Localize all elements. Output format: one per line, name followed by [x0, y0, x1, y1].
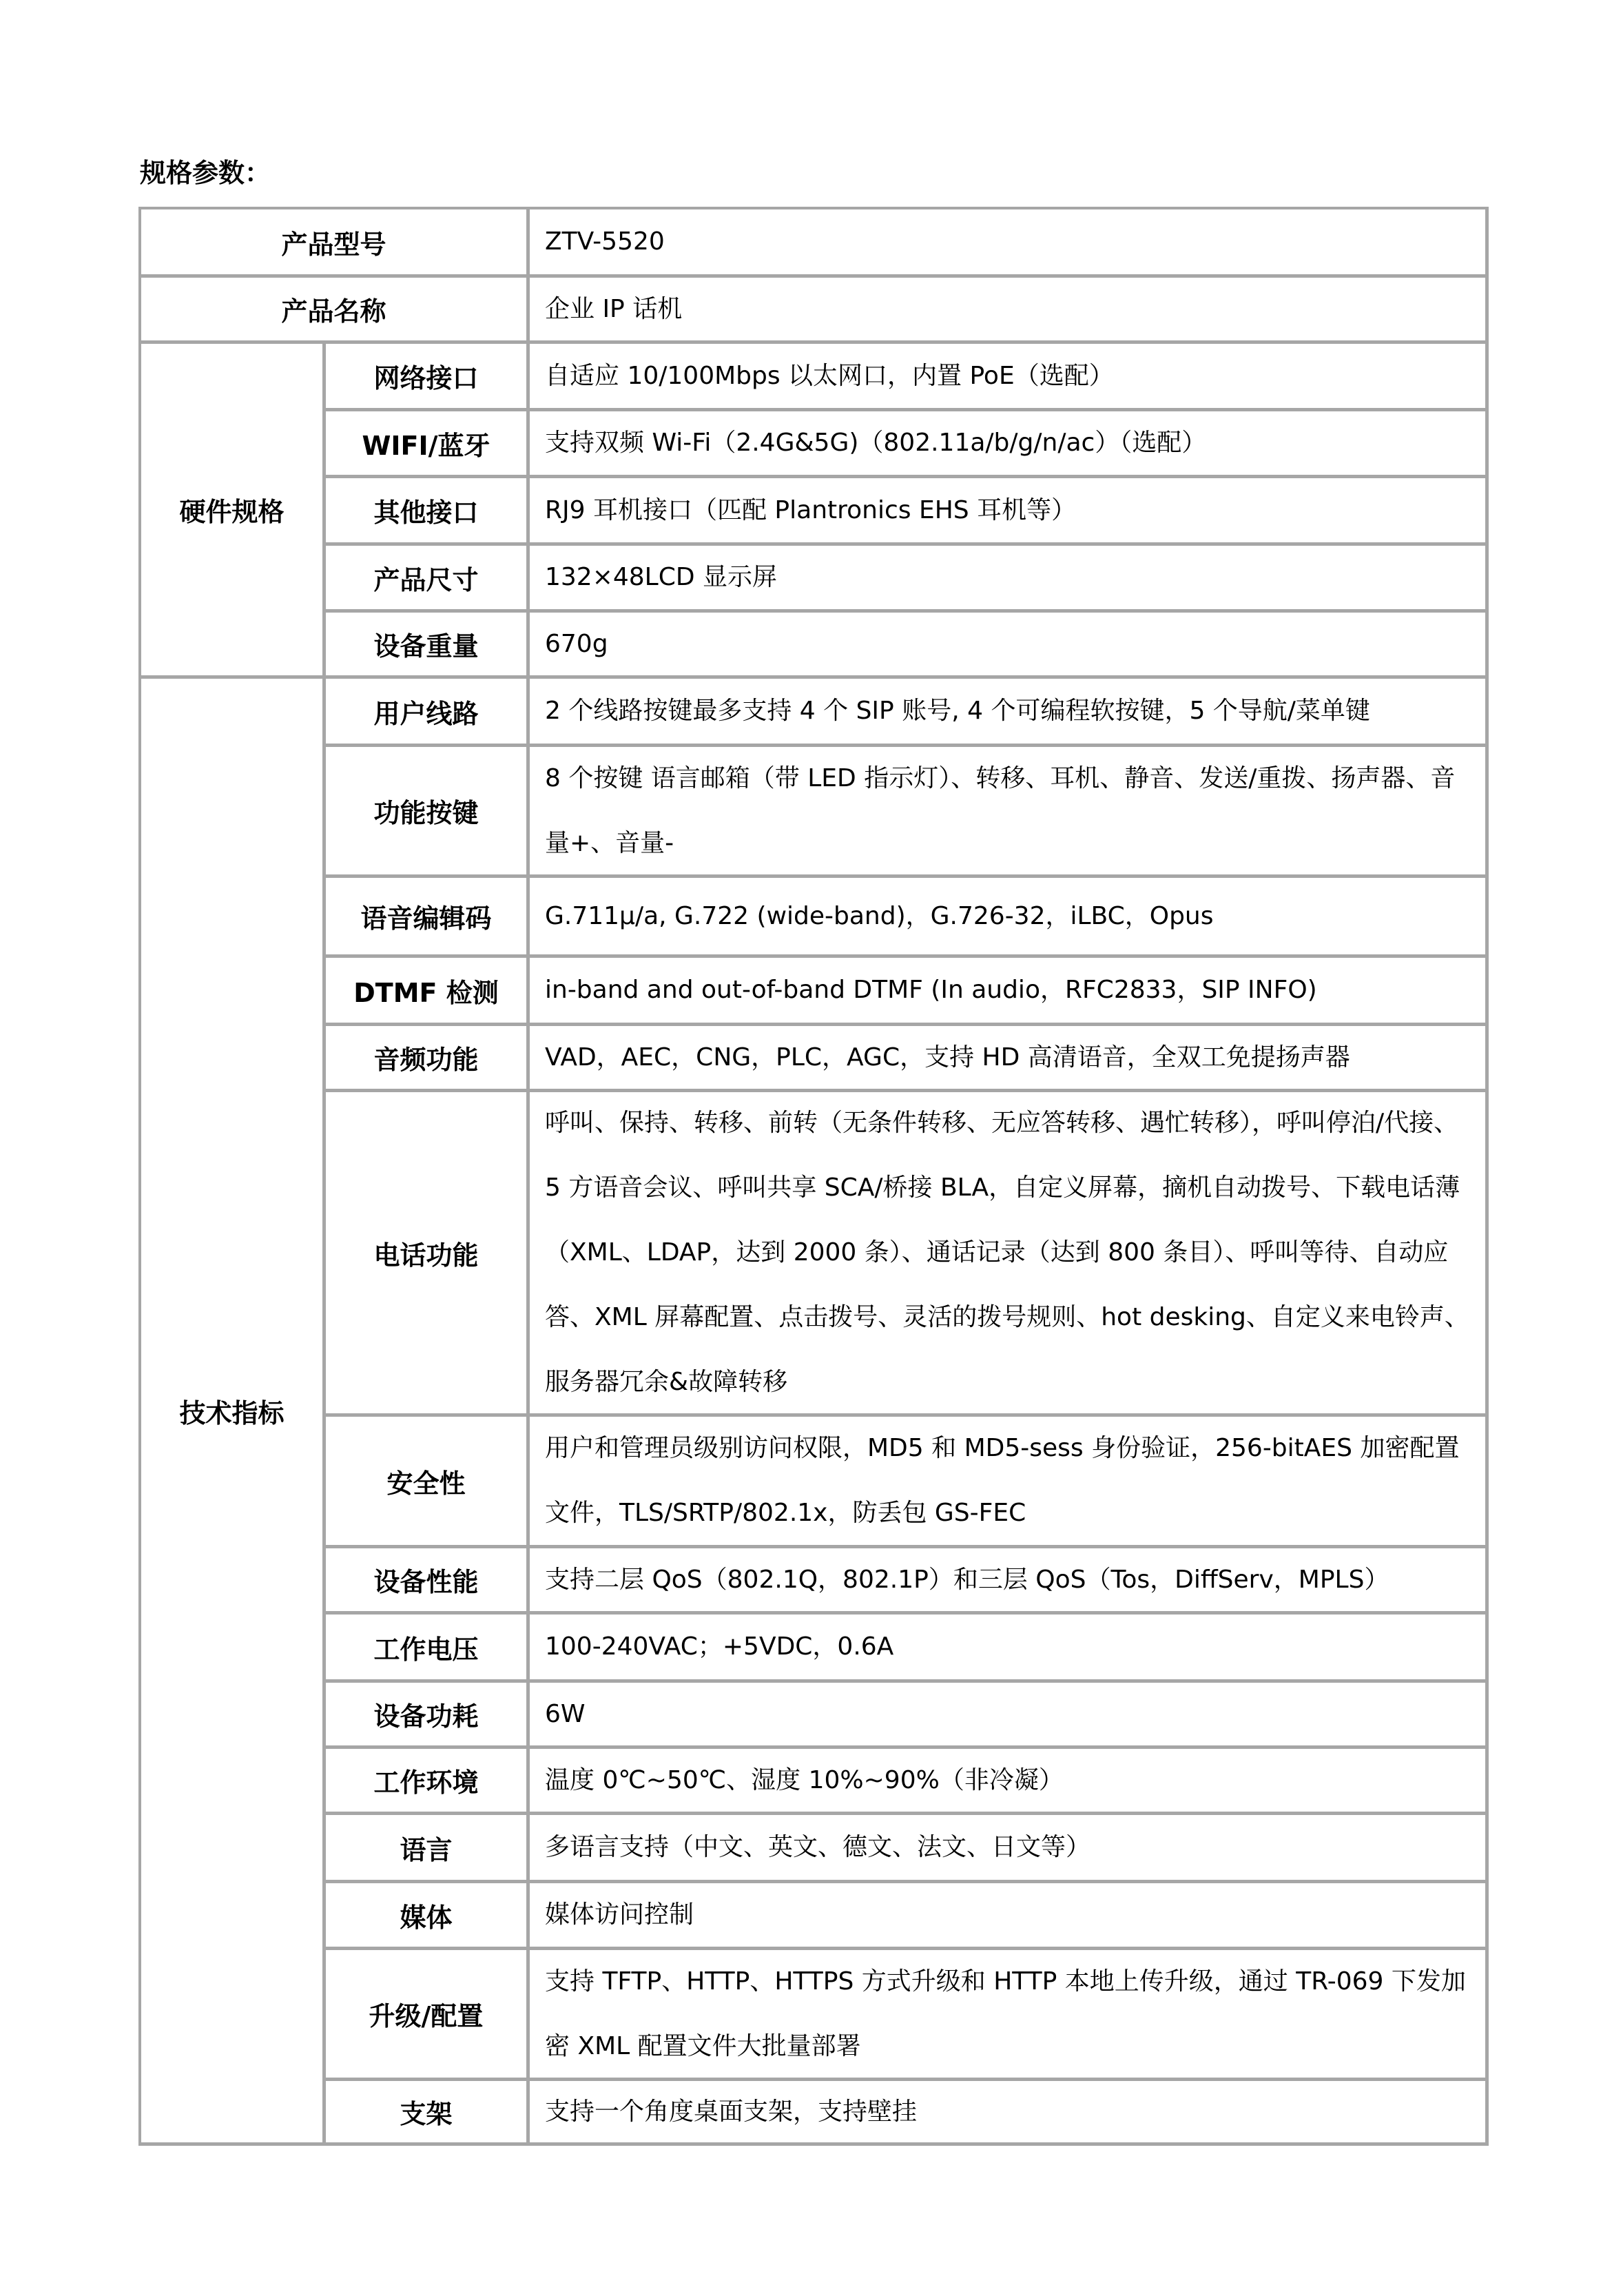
label-text: 音频功能 [373, 1038, 478, 1076]
label-phone-features: 电话功能 [324, 1090, 528, 1415]
label-product-model: 产品型号 [139, 207, 528, 276]
label-network-interface: 网络接口 [324, 342, 528, 410]
value-upgrade-config: 支持 TFTP、HTTP、HTTPS 方式升级和 HTTP 本地上传升级，通过 … [528, 1948, 1487, 2080]
value-media: 媒体访问控制 [528, 1881, 1487, 1949]
label-text: 媒体 [400, 1896, 452, 1934]
label-function-keys: 功能按键 [324, 745, 528, 877]
value-product-size: 132×48LCD 显示屏 [528, 544, 1487, 611]
label-power-consumption: 设备功耗 [324, 1681, 528, 1747]
value-text: 支持双频 Wi-Fi（2.4G&5G)（802.11a/b/g/n/ac）（选配… [545, 427, 1206, 459]
value-text: 自适应 10/100Mbps 以太网口，内置 PoE（选配） [545, 360, 1114, 392]
value-text: 支持 TFTP、HTTP、HTTPS 方式升级和 HTTP 本地上传升级，通过 … [545, 1949, 1473, 2079]
group-text: 技术指标 [179, 1392, 284, 1430]
value-text: 670g [545, 628, 608, 660]
value-operating-voltage: 100-240VAC；+5VDC，0.6A [528, 1612, 1487, 1681]
value-text: 支持二层 QoS（802.1Q，802.1P）和三层 QoS（Tos，DiffS… [545, 1564, 1389, 1596]
label-text: 安全性 [386, 1462, 465, 1500]
label-text: DTMF 检测 [353, 972, 498, 1009]
label-wifi-bluetooth: WIFI/蓝牙 [324, 409, 528, 477]
label-text: 产品尺寸 [373, 559, 478, 597]
label-text: 产品名称 [281, 290, 386, 328]
value-language: 多语言支持（中文、英文、德文、法文、日文等） [528, 1813, 1487, 1882]
label-text: 设备功耗 [373, 1695, 478, 1733]
value-power-consumption: 6W [528, 1681, 1487, 1747]
label-product-size: 产品尺寸 [324, 544, 528, 611]
label-voice-codec: 语音编辑码 [324, 876, 528, 956]
value-wifi-bluetooth: 支持双频 Wi-Fi（2.4G&5G)（802.11a/b/g/n/ac）（选配… [528, 409, 1487, 477]
value-text: 100-240VAC；+5VDC，0.6A [545, 1631, 893, 1663]
label-operating-voltage: 工作电压 [324, 1612, 528, 1681]
label-text: 工作环境 [373, 1761, 478, 1799]
value-text: 呼叫、保持、转移、前转（无条件转移、无应答转移、遇忙转移），呼叫停泊/代接、5 … [545, 1091, 1473, 1415]
value-text: ZTV-5520 [545, 226, 665, 258]
value-text: 132×48LCD 显示屏 [545, 562, 777, 593]
label-text: 设备重量 [373, 625, 478, 663]
value-product-model: ZTV-5520 [528, 207, 1487, 276]
label-text: 其他接口 [373, 491, 478, 529]
value-voice-codec: G.711μ/a, G.722 (wide-band)，G.726-32，iLB… [528, 876, 1487, 956]
value-phone-features: 呼叫、保持、转移、前转（无条件转移、无应答转移、遇忙转移），呼叫停泊/代接、5 … [528, 1090, 1487, 1415]
label-text: 产品型号 [281, 223, 386, 261]
label-operating-environment: 工作环境 [324, 1747, 528, 1814]
label-text: 升级/配置 [369, 1995, 484, 2033]
value-text: 用户和管理员级别访问权限，MD5 和 MD5-sess 身份验证，256-bit… [545, 1416, 1473, 1546]
value-text: 支持一个角度桌面支架，支持壁挂 [545, 2096, 917, 2128]
value-text: 媒体访问控制 [545, 1899, 694, 1931]
value-text: 8 个按键 语言邮箱（带 LED 指示灯）、转移、耳机、静音、发送/重拨、扬声器… [545, 746, 1473, 876]
value-security: 用户和管理员级别访问权限，MD5 和 MD5-sess 身份验证，256-bit… [528, 1415, 1487, 1547]
value-text: VAD，AEC，CNG，PLC，AGC，支持 HD 高清语音，全双工免提扬声器 [545, 1042, 1350, 1074]
value-audio-features: VAD，AEC，CNG，PLC，AGC，支持 HD 高清语音，全双工免提扬声器 [528, 1024, 1487, 1091]
spec-table: 产品型号 ZTV-5520 产品名称 企业 IP 话机 硬件规格 网络接口 自适… [0, 0, 1623, 2296]
value-text: in-band and out-of-band DTMF (In audio，R… [545, 974, 1317, 1006]
label-text: 用户线路 [373, 693, 478, 730]
group-text: 硬件规格 [179, 491, 284, 529]
label-stand: 支架 [324, 2079, 528, 2144]
label-text: 语音编辑码 [360, 897, 491, 935]
label-upgrade-config: 升级/配置 [324, 1948, 528, 2080]
label-user-lines: 用户线路 [324, 677, 528, 746]
value-text: 企业 IP 话机 [545, 294, 682, 325]
value-network-interface: 自适应 10/100Mbps 以太网口，内置 PoE（选配） [528, 342, 1487, 410]
label-other-interface: 其他接口 [324, 476, 528, 544]
value-user-lines: 2 个线路按键最多支持 4 个 SIP 账号, 4 个可编程软按键，5 个导航/… [528, 677, 1487, 746]
label-text: 语言 [400, 1829, 452, 1867]
label-security: 安全性 [324, 1415, 528, 1547]
value-text: G.711μ/a, G.722 (wide-band)，G.726-32，iLB… [545, 901, 1214, 932]
label-product-name: 产品名称 [139, 276, 528, 342]
value-text: 2 个线路按键最多支持 4 个 SIP 账号, 4 个可编程软按键，5 个导航/… [545, 695, 1370, 727]
label-text: 设备性能 [373, 1561, 478, 1599]
label-text: 功能按键 [373, 792, 478, 830]
label-text: 工作电压 [373, 1628, 478, 1666]
label-media: 媒体 [324, 1881, 528, 1949]
group-hardware-specs: 硬件规格 [139, 342, 324, 677]
value-text: RJ9 耳机接口（匹配 Plantronics EHS 耳机等） [545, 495, 1076, 526]
value-dtmf-detection: in-band and out-of-band DTMF (In audio，R… [528, 956, 1487, 1025]
value-function-keys: 8 个按键 语言邮箱（带 LED 指示灯）、转移、耳机、静音、发送/重拨、扬声器… [528, 745, 1487, 877]
label-device-weight: 设备重量 [324, 611, 528, 677]
value-text: 温度 0℃~50℃、湿度 10%~90%（非冷凝） [545, 1765, 1064, 1796]
label-text: 电话功能 [373, 1234, 478, 1272]
label-audio-features: 音频功能 [324, 1024, 528, 1091]
value-operating-environment: 温度 0℃~50℃、湿度 10%~90%（非冷凝） [528, 1747, 1487, 1814]
label-text: 支架 [400, 2093, 452, 2131]
value-device-performance: 支持二层 QoS（802.1Q，802.1P）和三层 QoS（Tos，DiffS… [528, 1546, 1487, 1613]
label-text: 网络接口 [373, 357, 478, 395]
label-language: 语言 [324, 1813, 528, 1882]
value-other-interface: RJ9 耳机接口（匹配 Plantronics EHS 耳机等） [528, 476, 1487, 544]
group-technical-specs: 技术指标 [139, 677, 324, 2144]
value-text: 6W [545, 1699, 586, 1730]
value-device-weight: 670g [528, 611, 1487, 677]
value-product-name: 企业 IP 话机 [528, 276, 1487, 342]
label-text: WIFI/蓝牙 [362, 424, 490, 462]
value-stand: 支持一个角度桌面支架，支持壁挂 [528, 2079, 1487, 2144]
label-dtmf-detection: DTMF 检测 [324, 956, 528, 1025]
value-text: 多语言支持（中文、英文、德文、法文、日文等） [545, 1832, 1090, 1863]
label-device-performance: 设备性能 [324, 1546, 528, 1613]
